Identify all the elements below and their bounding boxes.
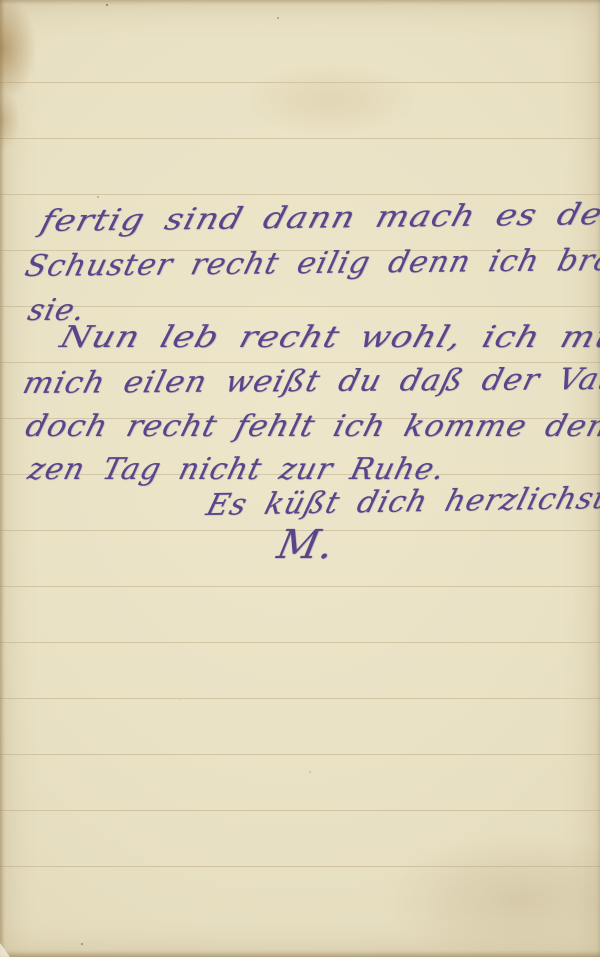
letter-photo: fertig sind dann mach es dem Schuster re… [0,0,600,957]
closing-line: Es küßt dich herzlichst [203,481,600,523]
ruled-lines [0,82,600,868]
handwriting-line-5: mich eilen weißt du daß der Vater [19,362,600,401]
handwriting-line-6: doch recht fehlt ich komme den gan [22,409,600,444]
signature: M. [273,522,338,568]
handwriting-line-2: Schuster recht eilig denn ich brauch [21,242,600,284]
handwriting-line-3: sie. [24,293,89,328]
paper-stains [0,0,600,957]
handwriting-line-1: fertig sind dann mach es dem [37,197,600,239]
handwriting-line-7: zen Tag nicht zur Ruhe. [24,452,449,487]
handwriting-line-4: Nun leb recht wohl, ich muß [56,320,600,355]
paper-corner-chip [0,943,10,957]
